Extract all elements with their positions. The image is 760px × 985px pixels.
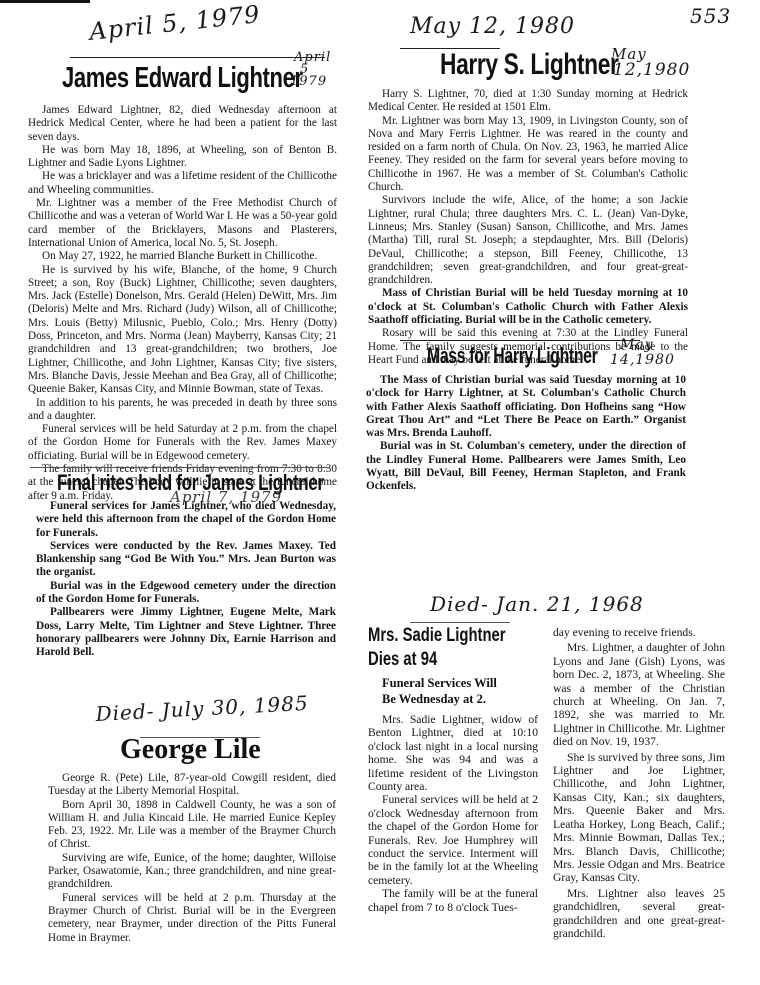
headline: Mass for Harry Lightner <box>427 343 597 369</box>
headline: George Lile <box>120 734 261 766</box>
article-body: James Edward Lightner, 82, died Wednesda… <box>28 104 337 503</box>
article-body: George R. (Pete) Lile, 87-year-old Cowgi… <box>48 772 336 945</box>
article-body: The Mass of Christian burial was said Tu… <box>366 374 686 494</box>
headline: Harry S. Lightner <box>440 48 619 82</box>
article-body-col1: Mrs. Sadie Lightner, widow of Benton Lig… <box>368 713 538 914</box>
article-body-col2: day evening to receive friends. Mrs. Lig… <box>553 626 725 940</box>
subheadline: Funeral Services Will Be Wednesday at 2. <box>382 675 497 707</box>
scan-edge-mark <box>0 0 90 3</box>
margin-note: May 14,1980 <box>610 338 675 368</box>
headline: James Edward Lightner <box>62 62 303 95</box>
corner-annotation: 553 <box>690 4 731 28</box>
article-body: Harry S. Lightner, 70, died at 1:30 Sund… <box>368 88 688 367</box>
handwritten-date: May 12, 1980 <box>410 14 575 39</box>
handwritten-date: Died- Jan. 21, 1968 <box>430 592 644 616</box>
margin-note: May 12,1980 <box>607 46 690 78</box>
article-body: Funeral services for James Lightner, who… <box>36 500 336 660</box>
headline: Mrs. Sadie Lightner Dies at 94 <box>368 624 506 672</box>
handwritten-date: Died- July 30, 1985 <box>95 691 309 726</box>
handwritten-date: April 5, 1979 <box>88 0 262 46</box>
margin-note: April 5 1979 <box>290 52 331 88</box>
